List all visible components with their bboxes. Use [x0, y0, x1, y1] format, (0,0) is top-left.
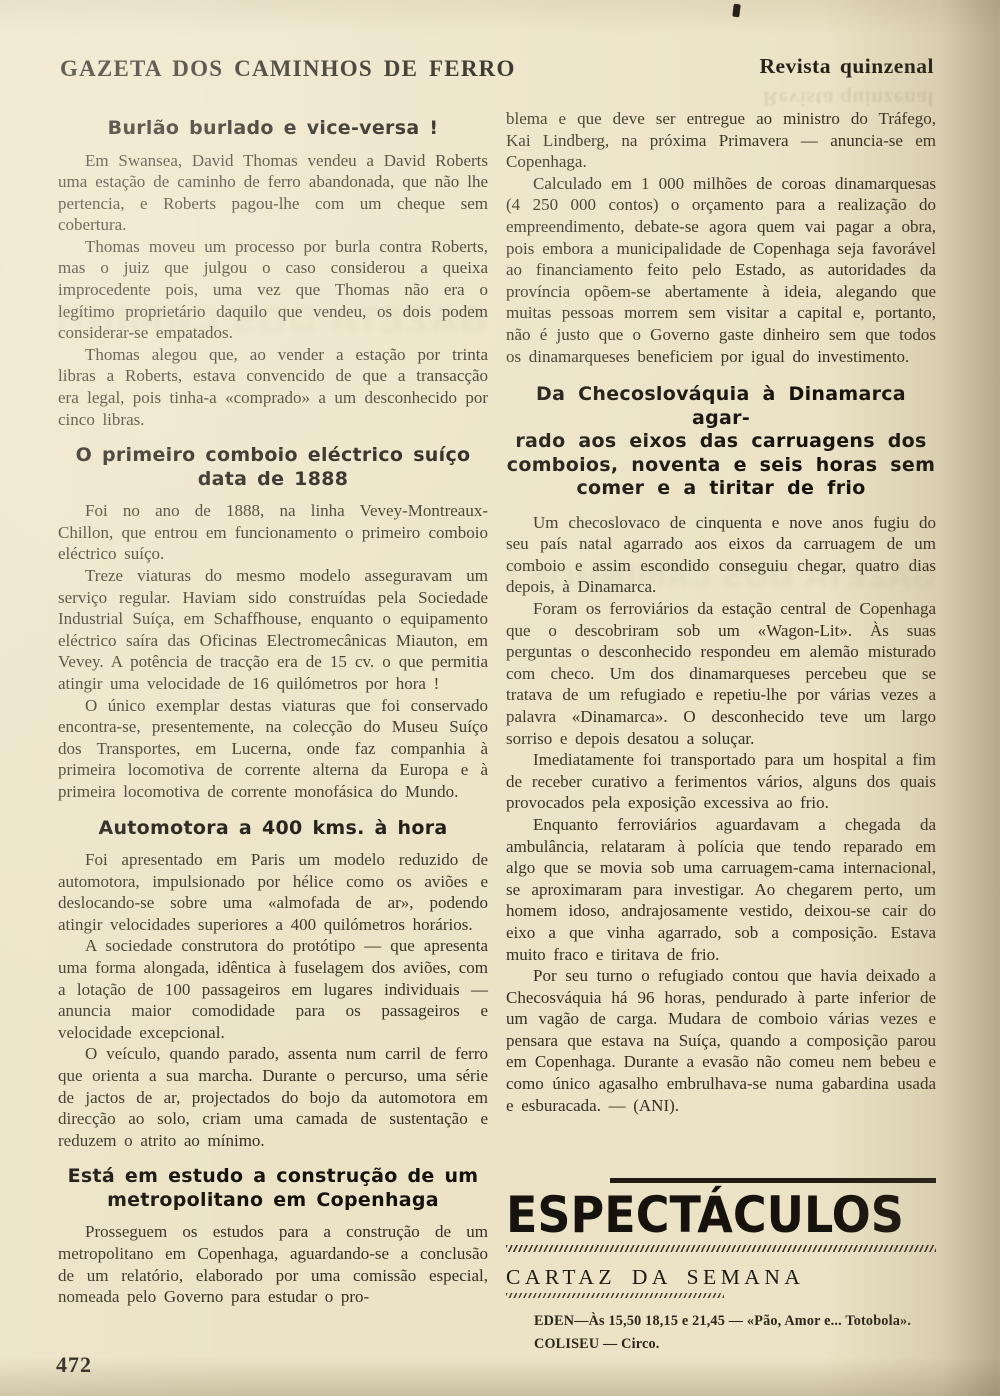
title-line: O primeiro comboio eléctrico suíço [58, 444, 488, 468]
article-paragraph: Foi no ano de 1888, na linha Vevey-Montr… [58, 500, 488, 565]
title-line: comboios, noventa e seis horas sem [506, 454, 936, 478]
cartaz-da-semana-title: CARTAZ DA SEMANA [506, 1265, 936, 1290]
article-paragraph: Foi apresentado em Paris um modelo reduz… [58, 849, 488, 935]
hatch-rule-small [506, 1293, 724, 1298]
title-line: Burlão burlado e vice-versa ! [58, 117, 488, 141]
left-column: Burlão burlado e vice-versa ! Em Swansea… [58, 114, 488, 1308]
article-title-comboio-1888: O primeiro comboio eléctrico suíço data … [58, 444, 488, 491]
espectaculos-section: ESPECTÁCULOS CARTAZ DA SEMANA EDEN—Às 15… [506, 1178, 936, 1362]
article-paragraph: Calculado em 1 000 milhões de coroas din… [506, 173, 936, 367]
article-paragraph: Imediatamente foi transportado para um h… [506, 749, 936, 814]
article-paragraph: Prosseguem os estudos para a construção … [58, 1221, 488, 1307]
listing-eden: EDEN—Às 15,50 18,15 e 21,45 — «Pão, Amor… [534, 1310, 936, 1333]
article-paragraph: Enquanto ferroviários aguardavam a chega… [506, 814, 936, 965]
article-title-burlao: Burlão burlado e vice-versa ! [58, 117, 488, 141]
title-line: rado aos eixos das carruagens dos [506, 430, 936, 454]
article-paragraph: Em Swansea, David Thomas vendeu a David … [58, 150, 488, 236]
title-line: Está em estudo a construção de um [58, 1165, 488, 1189]
article-paragraph: O único exemplar destas viaturas que foi… [58, 695, 488, 803]
page-number: 472 [56, 1352, 92, 1378]
magazine-page: GAZETA DOS CAMINHOS DE FERRO GAZETA DOS … [0, 0, 1000, 1396]
top-rule [610, 1178, 936, 1183]
cinema-listings: EDEN—Às 15,50 18,15 e 21,45 — «Pão, Amor… [534, 1310, 936, 1356]
article-paragraph: Thomas alegou que, ao vender a estação p… [58, 344, 488, 430]
article-paragraph: Um checoslovaco de cinquenta e nove anos… [506, 512, 936, 598]
title-line: Da Checoslováquia à Dinamarca agar- [506, 383, 936, 430]
article-paragraph: O veículo, quando parado, assenta num ca… [58, 1043, 488, 1151]
title-line: comer e a tiritar de frio [506, 477, 936, 501]
article-title-metropolitano: Está em estudo a construção de um metrop… [58, 1165, 488, 1212]
article-title-checoslovaquia: Da Checoslováquia à Dinamarca agar- rado… [506, 383, 936, 501]
article-paragraph: Treze viaturas do mesmo modelo assegurav… [58, 565, 488, 695]
title-line: data de 1888 [58, 468, 488, 492]
espectaculos-masthead: ESPECTÁCULOS [506, 1190, 902, 1241]
magazine-title: GAZETA DOS CAMINHOS DE FERRO [60, 56, 516, 82]
article-paragraph: Thomas moveu um processo por burla contr… [58, 236, 488, 344]
title-line: Automotora a 400 kms. à hora [58, 817, 488, 841]
ink-smudge [732, 4, 741, 18]
right-column: blema e que deve ser entregue ao ministr… [506, 108, 936, 1116]
magazine-subtitle: Revista quinzenal [759, 54, 934, 79]
article-title-automotora: Automotora a 400 kms. à hora [58, 817, 488, 841]
listing-coliseu: COLISEU — Circo. [534, 1333, 936, 1356]
article-paragraph: A sociedade construtora do protótipo — q… [58, 935, 488, 1043]
article-paragraph: Por seu turno o refugiado contou que hav… [506, 965, 936, 1116]
title-line: metropolitano em Copenhaga [58, 1189, 488, 1213]
hatch-rule [506, 1245, 936, 1252]
article-paragraph: Foram os ferroviários da estação central… [506, 598, 936, 749]
article-paragraph-continuation: blema e que deve ser entregue ao ministr… [506, 108, 936, 173]
